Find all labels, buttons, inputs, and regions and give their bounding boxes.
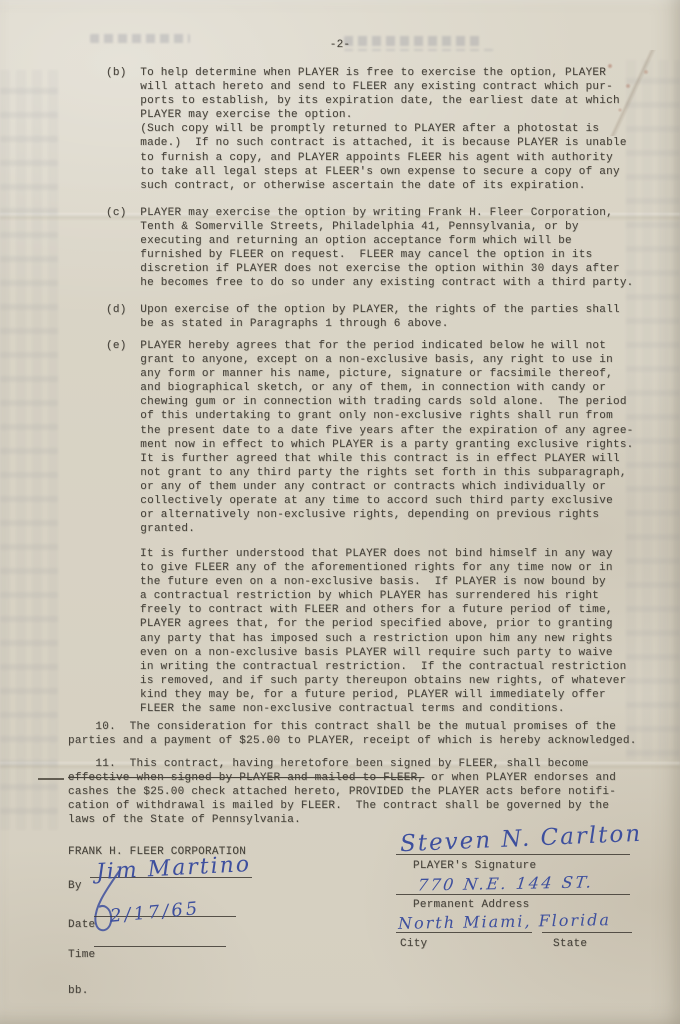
page-number: -2- <box>0 38 680 52</box>
state-label: State <box>553 937 587 951</box>
time-label: Time <box>68 948 95 962</box>
address-line <box>396 894 630 895</box>
time-line <box>94 946 226 947</box>
state-line <box>542 932 632 933</box>
paragraph-c: (c) PLAYER may exercise the option by wr… <box>106 206 634 291</box>
paragraph-e-continued: It is further understood that PLAYER doe… <box>140 547 626 716</box>
paragraph-d: (d) Upon exercise of the option by PLAYE… <box>106 303 620 331</box>
paragraph-b: (b) To help determine when PLAYER is fre… <box>106 66 627 193</box>
city-line <box>396 932 532 933</box>
paragraph-11: 11. This contract, having heretofore bee… <box>68 757 616 827</box>
address-handwriting: 770 N.E. 144 ST. <box>417 872 595 894</box>
by-label: By <box>68 879 82 893</box>
permanent-address-label: Permanent Address <box>413 898 529 912</box>
paragraph-e: (e) PLAYER hereby agrees that for the pe… <box>106 339 634 536</box>
strike-margin-mark <box>38 778 64 780</box>
ink-bleedthrough-margin <box>626 60 680 760</box>
paragraph-11-struck-text: effective when signed by PLAYER and mail… <box>68 772 424 784</box>
paragraph-11-text: 11. This contract, having heretofore bee… <box>68 758 589 770</box>
city-state-handwriting: North Miami, Florida <box>398 910 611 933</box>
typist-initials: bb. <box>68 984 89 998</box>
player-signature-label: PLAYER's Signature <box>413 859 536 873</box>
paragraph-10: 10. The consideration for this contract … <box>68 720 637 748</box>
ink-bleedthrough-margin <box>0 70 58 830</box>
player-signature-line <box>396 854 630 855</box>
date-label: Date <box>68 918 95 932</box>
city-label: City <box>400 937 427 951</box>
scanned-contract-page: -2- (b) To help determine when PLAYER is… <box>0 0 680 1024</box>
